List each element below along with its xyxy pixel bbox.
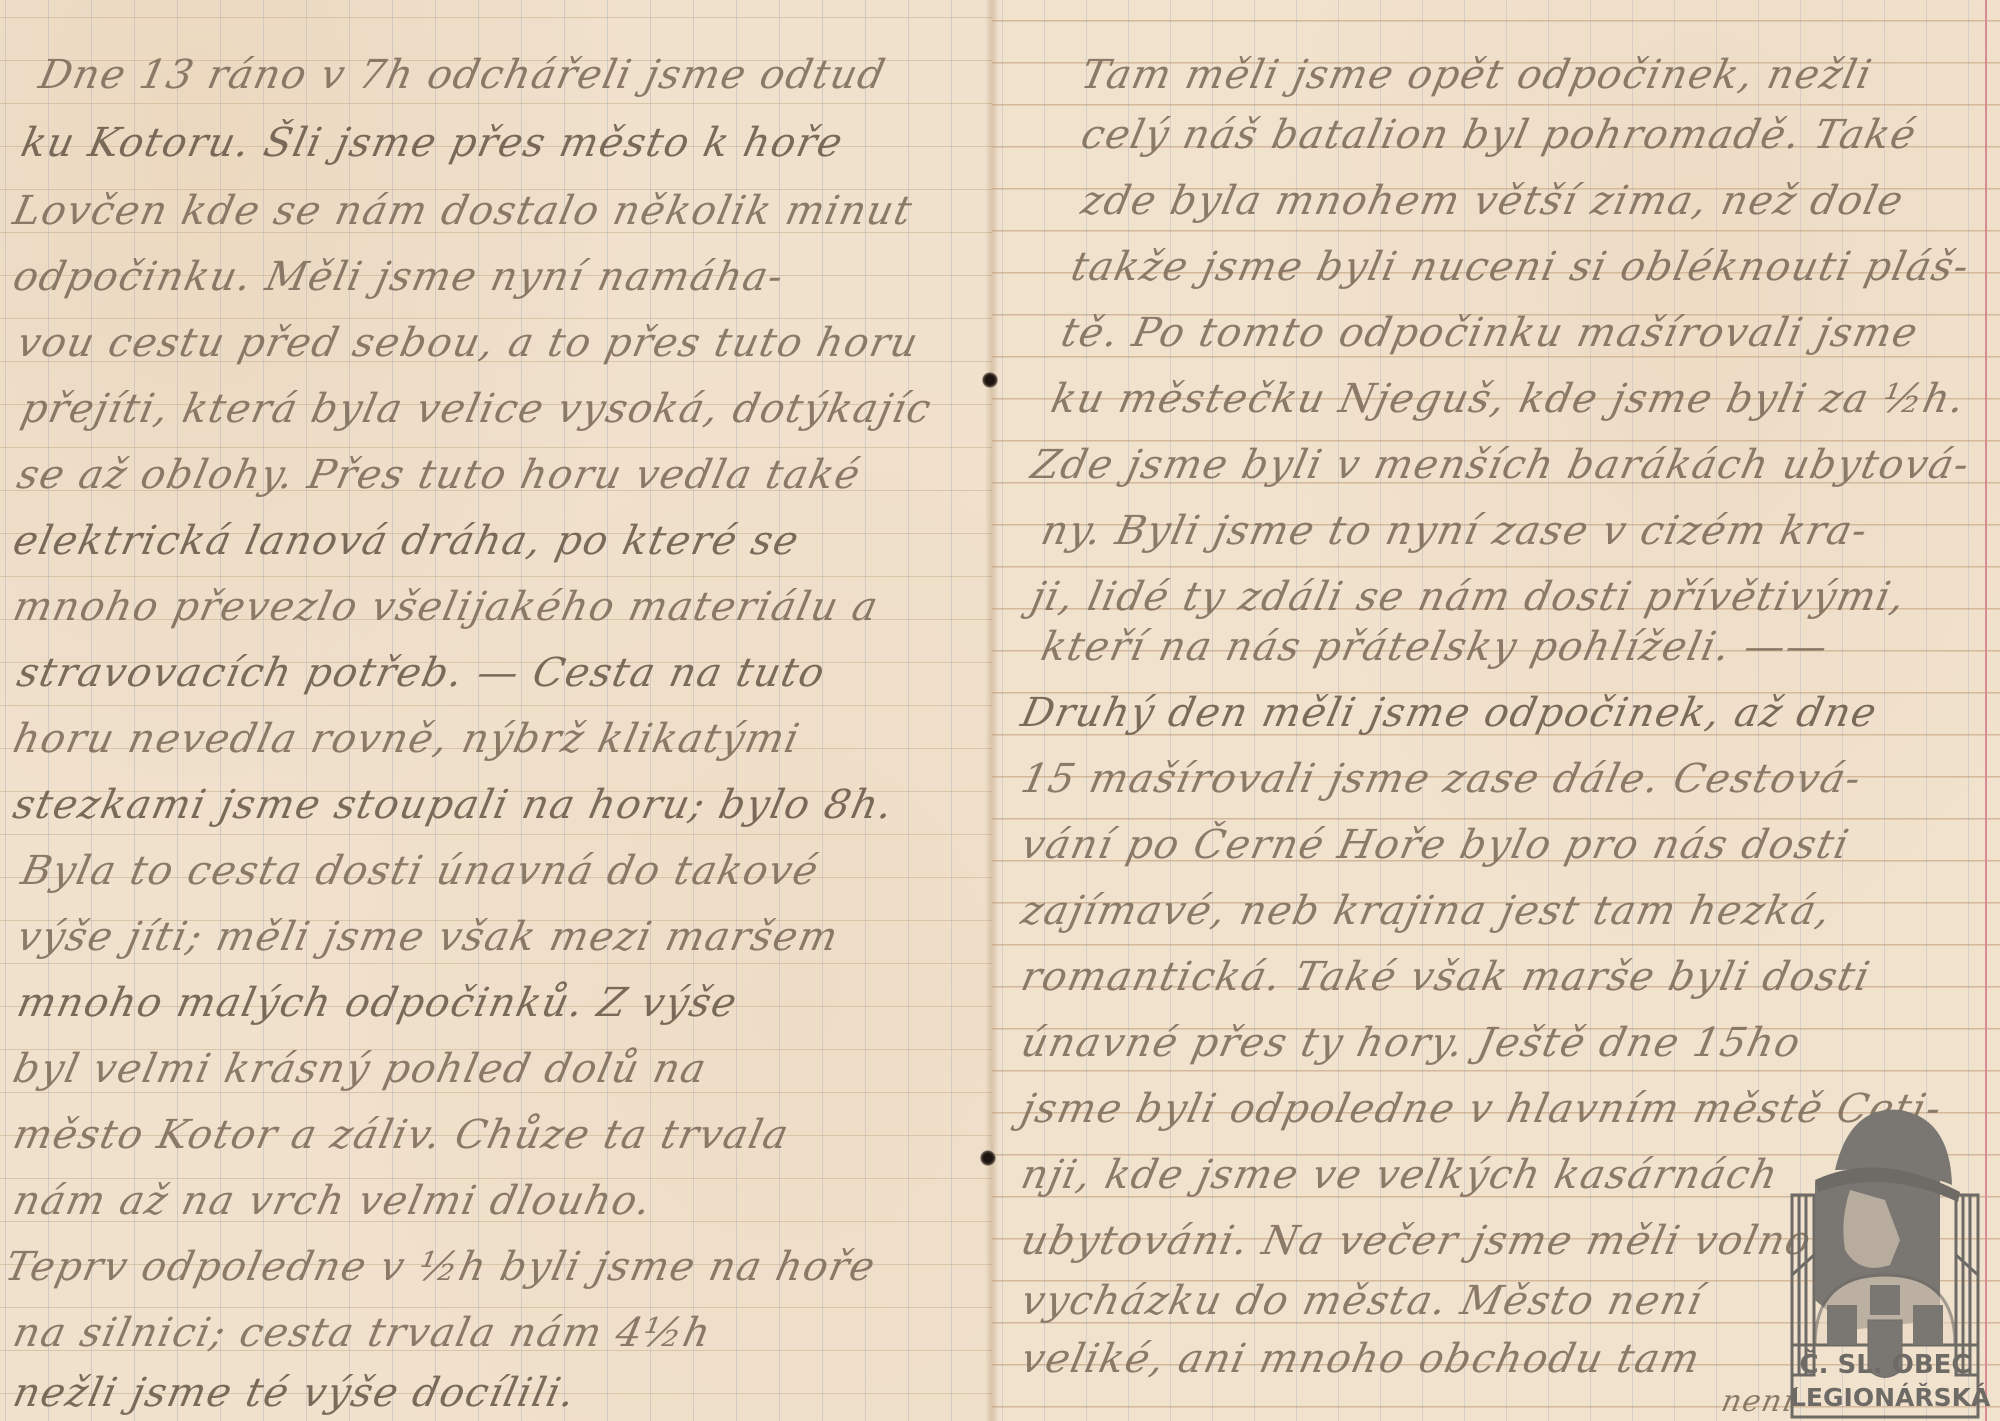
- staple-hole-icon: [980, 1150, 996, 1166]
- handwritten-line: přejíti, která byla velice vysoká, dotýk…: [17, 386, 936, 432]
- handwritten-line: Zde jsme byli v menších barákách ubytová…: [1027, 442, 1974, 488]
- handwritten-line: město Kotor a záliv. Chůze ta trvala: [9, 1112, 794, 1158]
- handwritten-line: Druhý den měli jsme odpočinek, až dne: [1017, 690, 1882, 736]
- handwritten-line: ku Kotoru. Šli jsme přes město k hoře: [17, 120, 848, 166]
- legion-stamp: Č. SL. OBEC LEGIONÁŘSKÁ: [1790, 1100, 1980, 1420]
- red-margin-line: [1985, 0, 1987, 1421]
- handwritten-line: nežli jsme té výše docílili.: [9, 1370, 580, 1416]
- handwritten-line: horu nevedla rovně, nýbrž klikatými: [9, 716, 804, 762]
- handwritten-line: není: [1718, 1384, 1797, 1419]
- handwritten-line: vou cestu před sebou, a to přes tuto hor…: [13, 320, 923, 366]
- handwritten-line: nji, kde jsme ve velkých kasárnách: [1017, 1152, 1783, 1198]
- handwritten-line: ny. Byli jsme to nyní zase v cizém kra-: [1037, 508, 1872, 554]
- handwritten-line: celý náš batalion byl pohromadě. Také: [1077, 112, 1921, 158]
- handwritten-line: ji, lidé ty zdáli se nám dosti přívětivý…: [1027, 574, 1910, 620]
- handwritten-line: mnoho převezlo všelijakého materiálu a: [9, 584, 883, 630]
- handwritten-line: ku městečku Njeguš, kde jsme byli za ½h.: [1047, 376, 1970, 422]
- handwritten-line: výše jíti; měli jsme však mezi maršem: [13, 914, 843, 960]
- handwritten-line: Teprv odpoledne v ½h byli jsme na hoře: [1, 1244, 880, 1290]
- handwritten-line: na silnici; cesta trvala nám 4½h: [9, 1310, 716, 1356]
- handwritten-line: veliké, ani mnoho obchodu tam: [1017, 1336, 1705, 1382]
- handwritten-line: zajímavé, neb krajina jest tam hezká,: [1017, 888, 1836, 934]
- handwritten-line: tě. Po tomto odpočinku mašírovali jsme: [1057, 310, 1923, 356]
- stamp-line-1: Č. SL. OBEC: [1790, 1350, 1980, 1380]
- handwritten-line: Byla to cesta dosti únavná do takové: [17, 848, 823, 894]
- left-page: Dne 13 ráno v 7h odchářeli jsme odtud ku…: [0, 0, 992, 1421]
- handwritten-line: kteří na nás přátelsky pohlíželi. ——: [1037, 624, 1833, 670]
- handwritten-line: ubytováni. Na večer jsme měli volnou: [1017, 1218, 1843, 1264]
- handwritten-line: nám až na vrch velmi dlouho.: [9, 1178, 656, 1224]
- handwritten-line: byl velmi krásný pohled dolů na: [9, 1046, 711, 1092]
- handwritten-line: takže jsme byli nuceni si obléknouti plá…: [1067, 244, 1974, 290]
- handwritten-line: Tam měli jsme opět odpočinek, nežli: [1077, 52, 1876, 98]
- handwritten-line: Lovčen kde se nám dostalo několik minut: [9, 188, 917, 234]
- stamp-line-2: LEGIONÁŘSKÁ: [1790, 1383, 1980, 1412]
- handwritten-line: stezkami jsme stoupali na horu; bylo 8h.: [9, 782, 898, 828]
- handwritten-line: odpočinku. Měli jsme nyní namáha-: [9, 254, 788, 300]
- handwritten-line: romantická. Také však marše byli dosti: [1017, 954, 1875, 1000]
- handwritten-line: zde byla mnohem větší zima, než dole: [1077, 178, 1908, 224]
- handwritten-line: mnoho malých odpočinků. Z výše: [13, 980, 742, 1026]
- binding-gutter: [985, 0, 999, 1421]
- handwritten-line: se až oblohy. Přes tuto horu vedla také: [13, 452, 865, 498]
- staple-hole-icon: [982, 372, 998, 388]
- notebook-spread: Dne 13 ráno v 7h odchářeli jsme odtud ku…: [0, 0, 2000, 1421]
- handwritten-line: stravovacích potřeb. — Cesta na tuto: [13, 650, 830, 696]
- handwritten-line: Dne 13 ráno v 7h odchářeli jsme odtud: [35, 52, 890, 98]
- handwritten-line: elektrická lanová dráha, po které se: [9, 518, 804, 564]
- handwritten-line: únavné přes ty hory. Ještě dne 15ho: [1017, 1020, 1805, 1066]
- handwritten-line: 15 mašírovali jsme zase dále. Cestová-: [1017, 756, 1866, 802]
- handwritten-line: vání po Černé Hoře bylo pro nás dosti: [1017, 822, 1854, 868]
- handwritten-line: vycházku do města. Město není: [1017, 1278, 1707, 1324]
